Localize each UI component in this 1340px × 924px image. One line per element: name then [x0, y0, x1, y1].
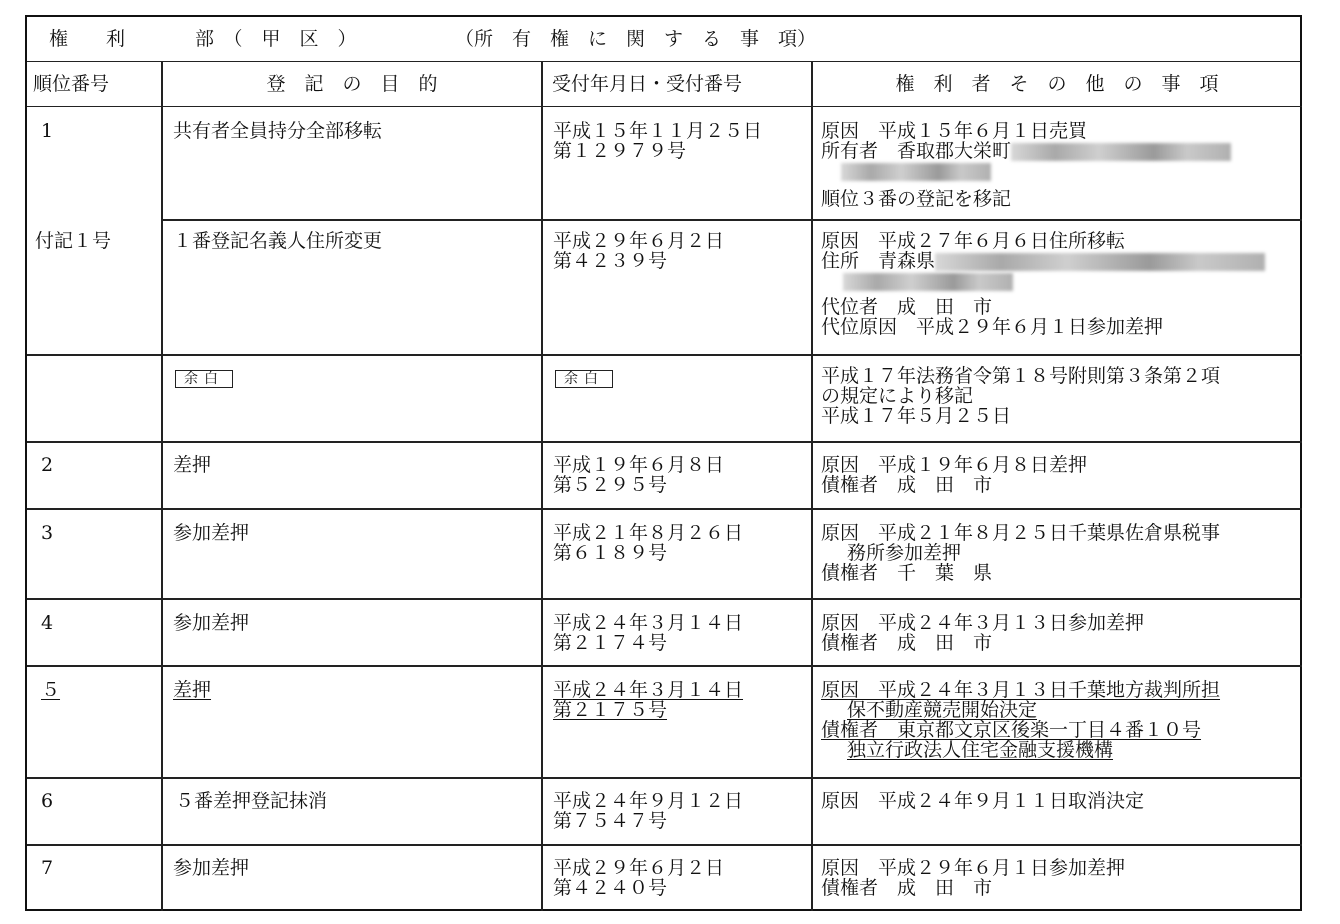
receipt-number: 第６１８９号	[553, 543, 743, 563]
purpose-cell: 共有者全員持分全部移転	[173, 121, 382, 141]
receipt-date: 平成２９年６月２日	[553, 231, 724, 251]
row-divider	[27, 598, 1302, 600]
detail-line: 所有者 香取郡大栄町	[821, 141, 1301, 161]
receipt-date: 平成２４年３月１４日	[553, 680, 743, 700]
receipt-date: 平成１５年１１月２５日	[553, 121, 762, 141]
registry-document: 権 利 部 （ 甲 区 ） （所 有 権 に 関 す る 事 項） 順位番号 登…	[25, 15, 1302, 911]
detail-line: 債権者 東京都文京区後楽一丁目４番１０号	[821, 720, 1301, 740]
owner-address: 所有者 香取郡大栄町	[821, 140, 1011, 162]
receipt-number: 第２１７５号	[553, 700, 743, 720]
detail-line: 債権者 成 田 市	[821, 633, 1301, 653]
blank-margin-label: 余白	[175, 370, 233, 388]
detail-line: 原因 平成１５年６月１日売買	[821, 121, 1301, 141]
row-divider	[27, 508, 1302, 510]
details-cell: 原因 平成２４年３月１３日参加差押 債権者 成 田 市	[821, 613, 1301, 653]
detail-line: 債権者 成 田 市	[821, 878, 1301, 898]
purpose-cell: 参加差押	[173, 858, 249, 878]
purpose-cell: 参加差押	[173, 613, 249, 633]
row-divider	[27, 777, 1302, 779]
redacted-text	[935, 253, 1265, 271]
section-title: 権 利 部 （ 甲 区 ） （所 有 権 に 関 す る 事 項）	[27, 17, 1300, 62]
purpose-cell: 参加差押	[173, 523, 249, 543]
detail-line: の規定により移記	[821, 386, 1301, 406]
detail-line: 債権者 成 田 市	[821, 475, 1301, 495]
receipt-date: 平成２４年３月１４日	[553, 613, 743, 633]
rank-cell: ５	[41, 680, 60, 700]
detail-line: 代位者 成 田 市	[821, 297, 1301, 317]
details-cell: 原因 平成１５年６月１日売買 所有者 香取郡大栄町 順位３番の登記を移記	[821, 121, 1301, 209]
rank-cell: 3	[41, 523, 53, 543]
redacted-text	[841, 163, 991, 181]
receipt-cell: 平成２９年６月２日 第４２３９号	[553, 231, 724, 271]
receipt-cell: 平成２４年３月１４日 第２１７４号	[553, 613, 743, 653]
purpose-cell: 余白	[175, 367, 233, 388]
row-divider	[27, 441, 1302, 443]
detail-line: 務所参加差押	[821, 543, 1301, 563]
row-divider	[162, 219, 1302, 221]
receipt-cell: 平成１９年６月８日 第５２９５号	[553, 455, 724, 495]
receipt-number: 第５２９５号	[553, 475, 724, 495]
rank-cell: 付記１号	[35, 231, 111, 251]
purpose-cell: ５番差押登記抹消	[175, 791, 327, 811]
row-divider	[27, 844, 1302, 846]
detail-line: 保不動産競売開始決定	[821, 700, 1301, 720]
detail-text: 保不動産競売開始決定	[847, 699, 1037, 721]
detail-line: 原因 平成２９年６月１日参加差押	[821, 858, 1301, 878]
title-part-2: 部 （ 甲 区 ）	[195, 17, 357, 62]
detail-line: 原因 平成２１年８月２５日千葉県佐倉県税事	[821, 523, 1301, 543]
details-cell: 原因 平成２７年６月６日住所移転 住所 青森県 代位者 成 田 市 代位原因 平…	[821, 231, 1301, 337]
receipt-cell: 平成２１年８月２６日 第６１８９号	[553, 523, 743, 563]
title-part-1: 権 利	[49, 17, 125, 62]
purpose-cell: 差押	[173, 680, 211, 700]
detail-line: 平成１７年法務省令第１８号附則第３条第２項	[821, 366, 1301, 386]
redacted-text	[1011, 143, 1231, 161]
rank-cell: 7	[41, 858, 53, 878]
detail-line: 独立行政法人住宅金融支援機構	[821, 740, 1301, 760]
column-divider	[811, 62, 813, 911]
column-divider	[161, 62, 163, 911]
detail-line: 原因 平成２４年９月１１日取消決定	[821, 791, 1301, 811]
header-details: 権 利 者 そ の 他 の 事 項	[812, 62, 1302, 107]
detail-line: 原因 平成１９年６月８日差押	[821, 455, 1301, 475]
title-part-3: （所 有 権 に 関 す る 事 項）	[455, 17, 816, 62]
column-divider	[541, 62, 543, 911]
detail-line: 原因 平成２４年３月１３日参加差押	[821, 613, 1301, 633]
detail-line: 平成１７年５月２５日	[821, 406, 1301, 426]
receipt-date: 平成２９年６月２日	[553, 858, 724, 878]
detail-text: 独立行政法人住宅金融支援機構	[847, 739, 1113, 761]
detail-line: 順位３番の登記を移記	[821, 189, 1301, 209]
details-cell: 原因 平成２９年６月１日参加差押 債権者 成 田 市	[821, 858, 1301, 898]
blank-margin-label: 余白	[555, 370, 613, 388]
details-cell: 原因 平成２４年３月１３日千葉地方裁判所担 保不動産競売開始決定 債権者 東京都…	[821, 680, 1301, 760]
row-divider	[27, 665, 1302, 667]
header-rank: 順位番号	[27, 62, 162, 107]
receipt-cell: 余白	[555, 367, 613, 388]
details-cell: 平成１７年法務省令第１８号附則第３条第２項 の規定により移記 平成１７年５月２５…	[821, 366, 1301, 426]
receipt-date: 平成２４年９月１２日	[553, 791, 743, 811]
row-divider	[27, 354, 1302, 356]
receipt-number: 第４２３９号	[553, 251, 724, 271]
receipt-cell: 平成２４年３月１４日 第２１７５号	[553, 680, 743, 720]
receipt-date: 平成１９年６月８日	[553, 455, 724, 475]
address: 住所 青森県	[821, 250, 935, 272]
header-purpose: 登 記 の 目 的	[162, 62, 542, 107]
header-receipt: 受付年月日・受付番号	[542, 62, 812, 107]
receipt-number: 第２１７４号	[553, 633, 743, 653]
receipt-cell: 平成１５年１１月２５日 第１２９７９号	[553, 121, 762, 161]
detail-line	[821, 271, 1301, 297]
details-cell: 原因 平成１９年６月８日差押 債権者 成 田 市	[821, 455, 1301, 495]
receipt-cell: 平成２９年６月２日 第４２４０号	[553, 858, 724, 898]
receipt-number: 第１２９７９号	[553, 141, 762, 161]
redacted-text	[843, 273, 1013, 291]
details-cell: 原因 平成２４年９月１１日取消決定	[821, 791, 1301, 811]
detail-line	[821, 161, 1301, 185]
receipt-date: 平成２１年８月２６日	[553, 523, 743, 543]
rank-cell: 2	[41, 455, 53, 475]
detail-line: 債権者 千 葉 県	[821, 563, 1301, 583]
receipt-number: 第４２４０号	[553, 878, 724, 898]
purpose-cell: 差押	[173, 455, 211, 475]
detail-line: 原因 平成２４年３月１３日千葉地方裁判所担	[821, 680, 1301, 700]
details-cell: 原因 平成２１年８月２５日千葉県佐倉県税事 務所参加差押 債権者 千 葉 県	[821, 523, 1301, 583]
receipt-number: 第７５４７号	[553, 811, 743, 831]
detail-line: 住所 青森県	[821, 251, 1301, 271]
rank-cell: 4	[41, 613, 53, 633]
purpose-cell: １番登記名義人住所変更	[173, 231, 382, 251]
detail-line: 代位原因 平成２９年６月１日参加差押	[821, 317, 1301, 337]
rank-cell: 1	[41, 121, 53, 141]
rank-cell: 6	[41, 791, 53, 811]
receipt-cell: 平成２４年９月１２日 第７５４７号	[553, 791, 743, 831]
detail-line: 原因 平成２７年６月６日住所移転	[821, 231, 1301, 251]
